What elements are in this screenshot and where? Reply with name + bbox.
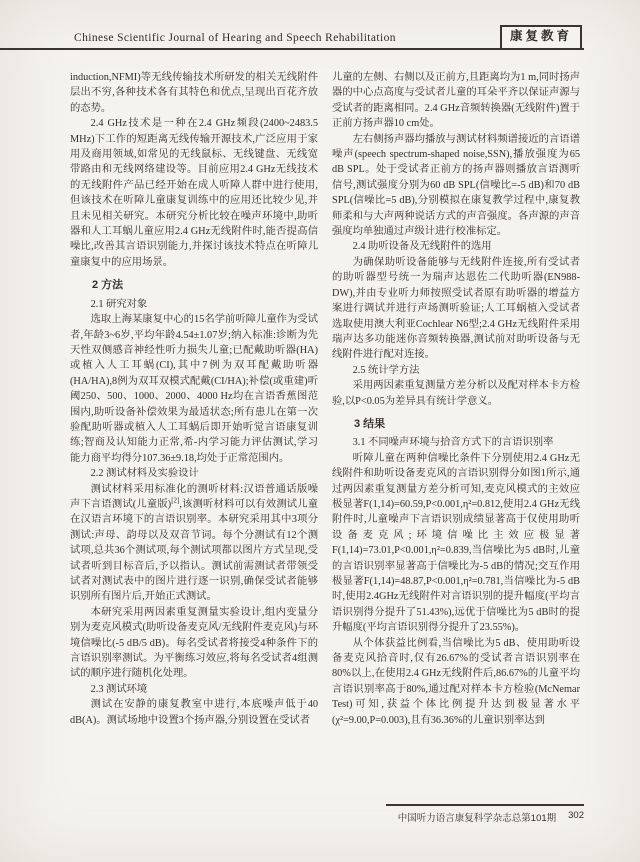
paragraph: 选取上海某康复中心的15名学前听障儿童作为受试者,年龄3~6岁,平均年龄4.54… <box>70 312 318 466</box>
citation-superscript: [2] <box>171 497 179 505</box>
section-heading: 2 方法 <box>70 278 318 293</box>
section-heading: 3 结果 <box>332 417 580 432</box>
page-number: 302 <box>568 810 584 824</box>
section-heading: 3.1 不同噪声环境与拾音方式下的言语识别率 <box>332 435 580 450</box>
section-heading: 2.3 测试环境 <box>70 682 318 697</box>
page-header: Chinese Scientific Journal of Hearing an… <box>0 0 584 50</box>
column-right: 儿童的左侧、右侧以及正前方,且距离均为1 m,同时扬声器的中心点高度与受试者儿童… <box>332 70 580 728</box>
journal-page: Chinese Scientific Journal of Hearing an… <box>0 0 640 862</box>
paragraph: 采用两因素重复测量方差分析以及配对样本卡方检验,以P<0.05为差异具有统计学意… <box>332 378 580 409</box>
section-heading: 2.4 助听设备及无线附件的选用 <box>332 239 580 254</box>
paragraph: 从个体获益比例看,当信噪比为5 dB、使用助听设备麦克风拾音时,仅有26.67%… <box>332 636 580 728</box>
paragraph: 测试在安静的康复教室中进行,本底噪声低于40 dB(A)。测试场地中设置3个扬声… <box>70 697 318 728</box>
journal-title-en: Chinese Scientific Journal of Hearing an… <box>74 32 396 44</box>
paragraph: 为确保助听设备能够与无线附件连接,所有受试者的助听器型号统一为瑞声达恩佐二代助听… <box>332 255 580 363</box>
section-heading: 2.5 统计学方法 <box>332 363 580 378</box>
column-category-badge: 康复教育 <box>500 25 582 50</box>
column-left: induction,NFMI)等无线传输技术所研发的相关无线附件层出不穷,各种技… <box>70 70 318 728</box>
section-heading: 2.2 测试材料及实验设计 <box>70 466 318 481</box>
paragraph: induction,NFMI)等无线传输技术所研发的相关无线附件层出不穷,各种技… <box>70 70 318 116</box>
page-footer: 中国听力语言康复科学杂志总第101期 302 <box>386 804 584 824</box>
paragraph: 本研究采用两因素重复测量实验设计,组内变量分别为麦克风模式(助听设备麦克风/无线… <box>70 605 318 682</box>
paragraph: 儿童的左侧、右侧以及正前方,且距离均为1 m,同时扬声器的中心点高度与受试者儿童… <box>332 70 580 132</box>
section-heading: 2.1 研究对象 <box>70 297 318 312</box>
paragraph: 测试材料采用标准化的测听材料:汉语普通话版噪声下言语测试(儿童版)[2],该测听… <box>70 482 318 605</box>
paragraph: 听障儿童在两种信噪比条件下分别使用2.4 GHz无线附件和助听设备麦克风的言语识… <box>332 451 580 636</box>
paragraph: 左右侧扬声器均播放与测试材料频谱接近的言语谱噪声(speech spectrum… <box>332 132 580 240</box>
footer-journal-title-cn: 中国听力语言康复科学杂志总第101期 <box>398 810 556 824</box>
paragraph: 2.4 GHz技术是一种在2.4 GHz频段(2400~2483.5 MHz)下… <box>70 116 318 270</box>
